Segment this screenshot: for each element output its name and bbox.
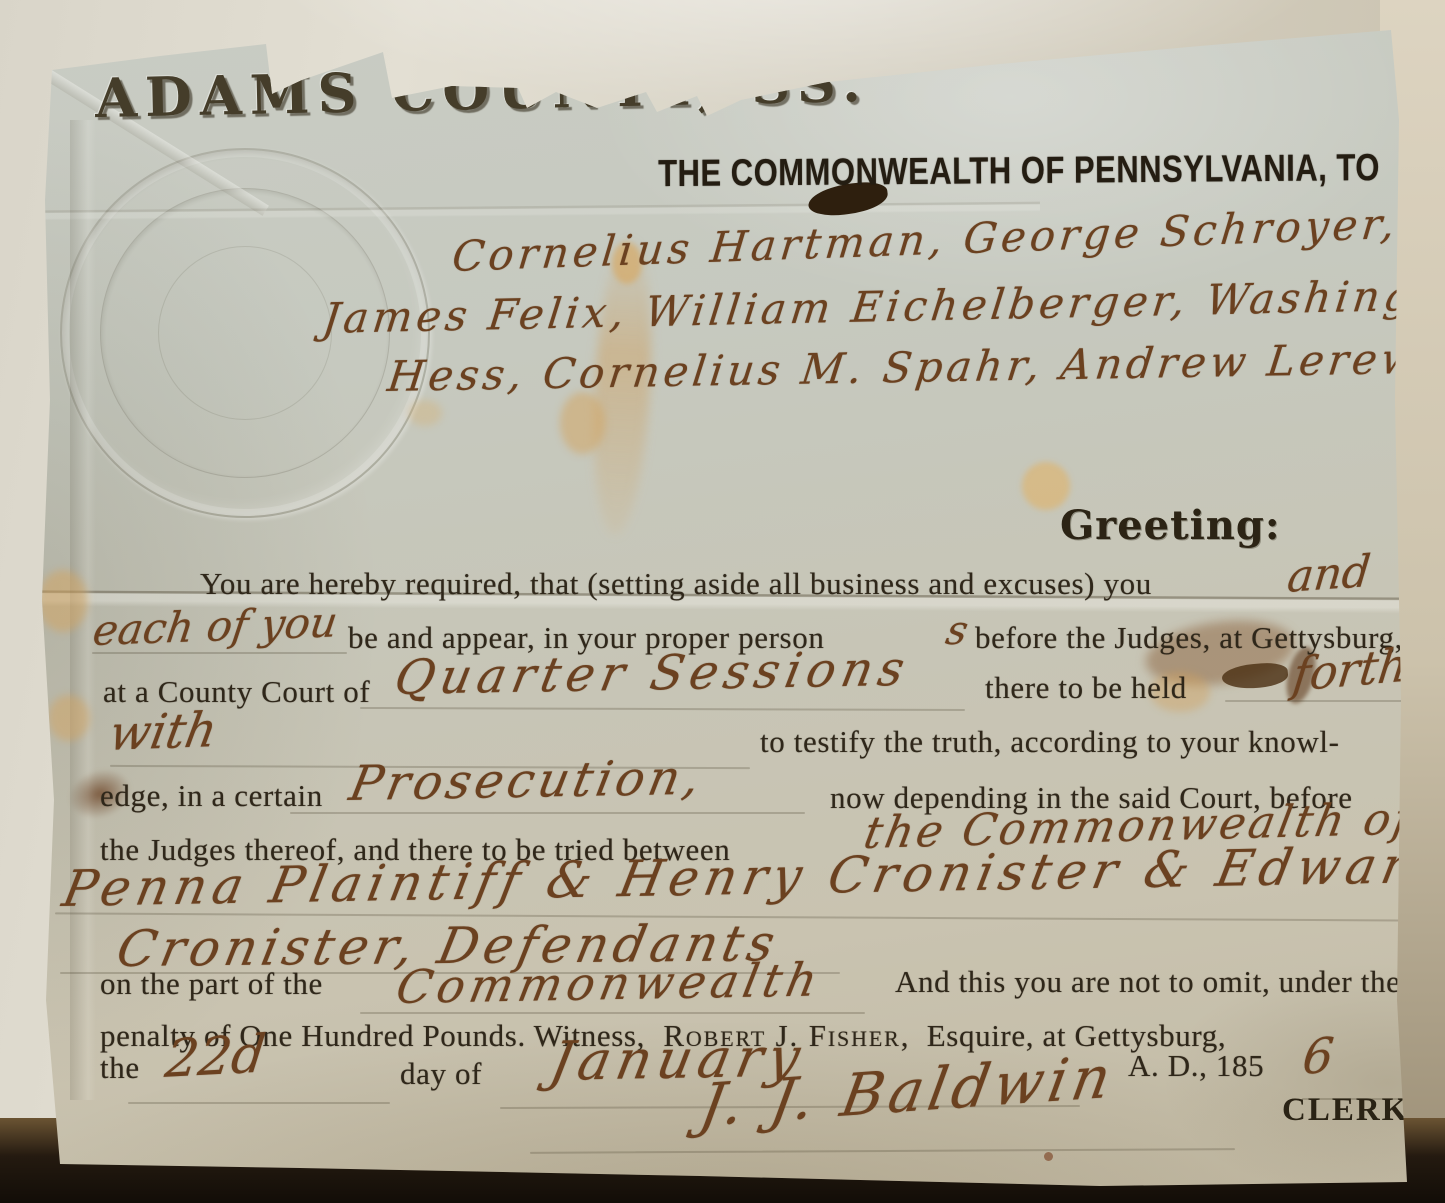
form-blank-line xyxy=(530,1148,1235,1154)
ink-strikeout xyxy=(1221,661,1289,691)
body-printed-text: And this you are not to omit, under the xyxy=(895,964,1400,1000)
clerk-label: CLERK. xyxy=(1282,1092,1420,1129)
form-blank-line xyxy=(1225,700,1425,702)
recipient-names-line: James Felix, William Eichelberger, Washi… xyxy=(320,269,1445,343)
form-blank-line xyxy=(360,707,965,711)
county-heading: ADAMS COUNTY, SS. xyxy=(94,50,869,130)
body-handwritten-text: each of you xyxy=(90,597,341,655)
body-printed-text: on the part of the xyxy=(100,966,323,1002)
form-blank-line xyxy=(128,1102,390,1104)
stain-spot xyxy=(560,392,605,454)
stain-spot xyxy=(48,695,90,741)
greeting-heading: Greeting: xyxy=(1060,502,1281,549)
stain-spot xyxy=(38,570,88,632)
body-handwritten-text: Commonwealth xyxy=(392,952,827,1014)
date-year-digit-handwritten: 6 xyxy=(1300,1027,1336,1086)
body-handwritten-text: Quarter Sessions xyxy=(390,641,915,706)
body-handwritten-text: forth xyxy=(1290,637,1411,702)
recipient-names-line: Hess, Cornelius M. Spahr, Andrew Lerew; xyxy=(385,334,1442,401)
form-blank-line xyxy=(290,812,805,814)
ink-dot xyxy=(1044,1152,1053,1161)
body-handwritten-text: s xyxy=(942,608,972,654)
body-handwritten-text: and xyxy=(1285,546,1373,603)
body-printed-text: to testify the truth, according to your … xyxy=(760,724,1340,760)
body-handwritten-text: with xyxy=(105,702,222,762)
recipient-names-line: Cornelius Hartman, George Schroyer, xyxy=(450,199,1401,281)
body-printed-text: You are hereby required, that (setting a… xyxy=(200,566,1152,602)
document-paper: ADAMS COUNTY, SS. THE COMMONWEALTH OF PE… xyxy=(0,0,1445,1203)
date-day-handwritten: 22d xyxy=(162,1024,269,1090)
body-printed-text: there to be held xyxy=(985,670,1187,706)
ink-mark xyxy=(1349,0,1365,20)
body-printed-text: edge, in a certain xyxy=(100,778,323,814)
embossed-seal-core-ring xyxy=(158,246,332,420)
body-handwritten-text: Prosecution, xyxy=(345,750,709,812)
photo-scene: ADAMS COUNTY, SS. THE COMMONWEALTH OF PE… xyxy=(0,0,1445,1203)
date-words-day-of: day of xyxy=(400,1056,482,1092)
commonwealth-heading: THE COMMONWEALTH OF PENNSYLVANIA, TO xyxy=(658,146,1380,196)
date-words-ad: A. D., 185 xyxy=(1128,1048,1264,1084)
date-word-the: the xyxy=(100,1050,140,1086)
